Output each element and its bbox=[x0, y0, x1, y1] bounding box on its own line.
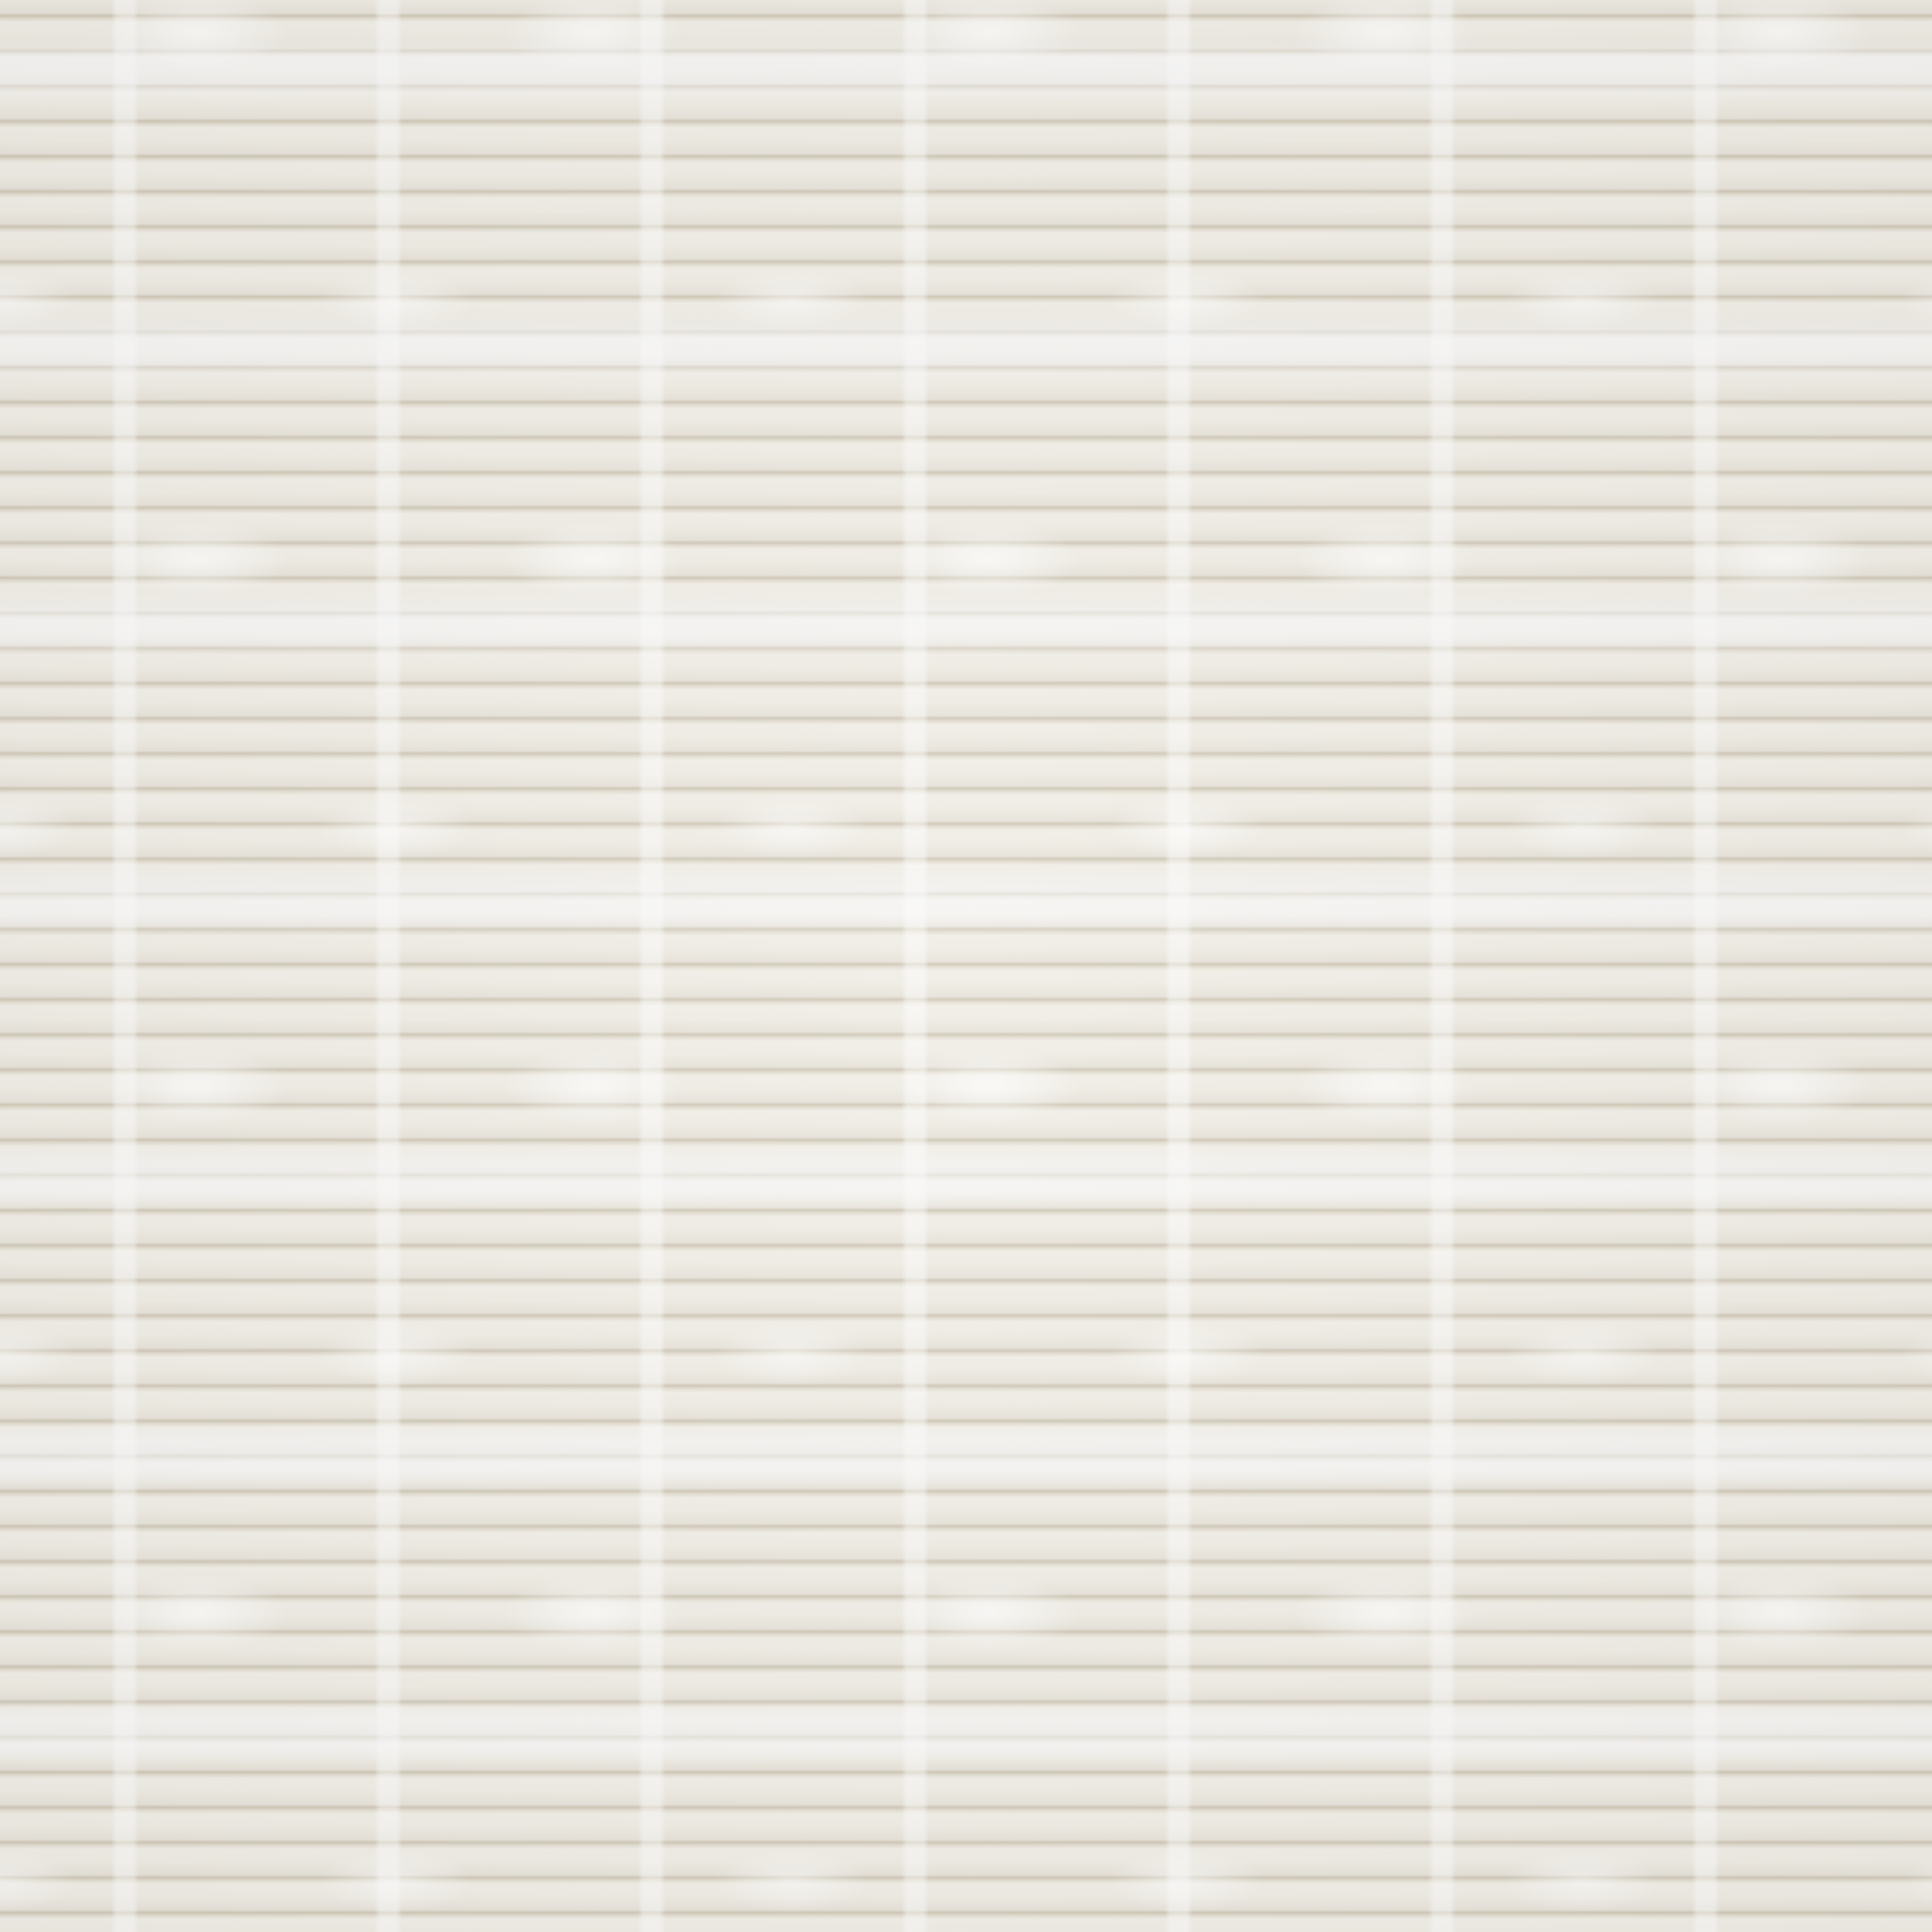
fabric-texture bbox=[0, 0, 1932, 1932]
lighting-sheen bbox=[0, 0, 1932, 1932]
